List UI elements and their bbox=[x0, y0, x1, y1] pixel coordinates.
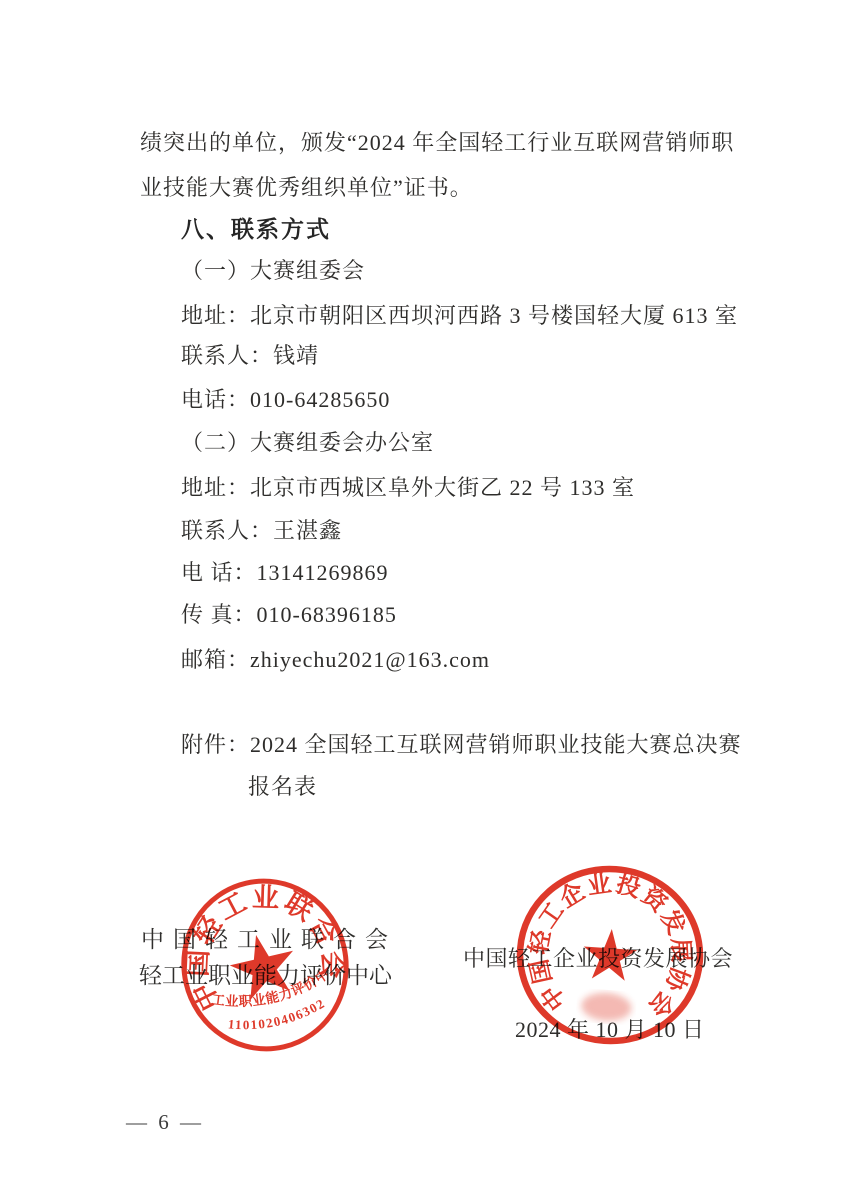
paragraph-line-1: 绩突出的单位，颁发“2024 年全国轻工行业互联网营销师职 bbox=[140, 128, 734, 158]
section-heading: 八、联系方式 bbox=[181, 214, 331, 244]
subsection-2-phone: 电 话：13141269869 bbox=[181, 558, 389, 588]
star-icon bbox=[582, 927, 639, 981]
paragraph-line-2: 业技能大赛优秀组织单位”证书。 bbox=[140, 173, 473, 203]
subsection-2-contact: 联系人：王湛鑫 bbox=[181, 516, 342, 546]
attachment-line-1: 附件：2024 全国轻工互联网营销师职业技能大赛总决赛 bbox=[181, 730, 742, 760]
attachment-line-2: 报名表 bbox=[248, 772, 317, 802]
subsection-2-address: 地址：北京市西城区阜外大街乙 22 号 133 室 bbox=[181, 473, 635, 503]
subsection-2-fax: 传 真：010-68396185 bbox=[181, 600, 397, 630]
page-number: — 6 — bbox=[126, 1110, 204, 1135]
ink-smudge bbox=[580, 991, 632, 1022]
subsection-1-contact: 联系人：钱靖 bbox=[181, 341, 319, 371]
document-page: 绩突出的单位，颁发“2024 年全国轻工行业互联网营销师职 业技能大赛优秀组织单… bbox=[0, 0, 848, 1200]
subsection-1-address: 地址：北京市朝阳区西坝河西路 3 号楼国轻大厦 613 室 bbox=[181, 301, 738, 331]
subsection-1-phone: 电话：010-64285650 bbox=[181, 385, 390, 415]
right-seal-stamp: 中国轻工企业投资发展协会 bbox=[516, 865, 706, 1047]
left-seal-stamp: 中国轻工业联合会 轻工业职业能力评价中心 1101020406302 bbox=[180, 878, 350, 1052]
subsection-2-title: （二）大赛组委会办公室 bbox=[181, 428, 434, 458]
subsection-1-title: （一）大赛组委会 bbox=[181, 256, 365, 286]
subsection-2-email: 邮箱：zhiyechu2021@163.com bbox=[181, 645, 490, 675]
